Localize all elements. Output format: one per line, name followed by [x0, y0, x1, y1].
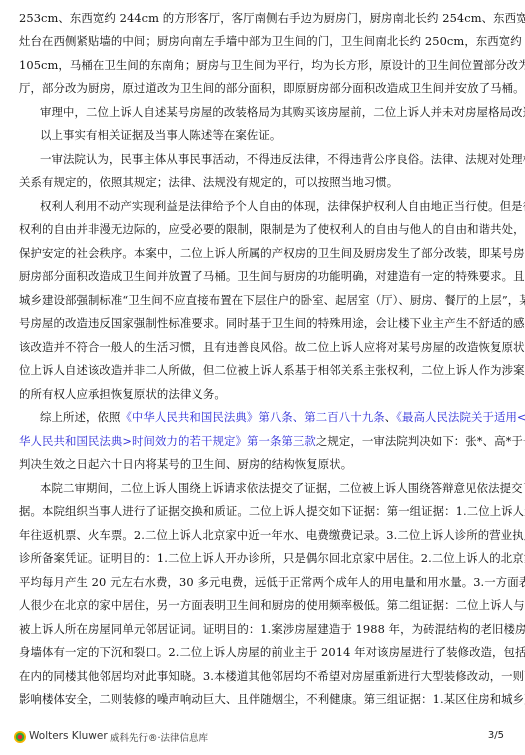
text-line: 诊所备案凭证。证明目的：1.二位上诉人开办诊所，只是偶尔回北京家中居住。2.二位…: [19, 547, 525, 570]
text-line: 号房屋的改造违反国家强制性标准要求。同时基于卫生间的特殊用途，会让楼下业主产生不…: [19, 312, 525, 335]
text-line: 厨房部分面积改造成卫生间并放置了马桶。卫生间与厨房的功能明确，对建造有一定的特殊…: [19, 265, 525, 288]
text-line: 人很少在北京的家中居住，另一方面表明卫生间和厨房的使用频率极低。第二组证据：二位…: [19, 594, 525, 617]
paragraph-start: 权利人利用不动产实现利益是法律给予个人自由的体现，法律保护权利人自由地正当行使。…: [40, 195, 525, 218]
paragraph-start: 本院二审期间，二位上诉人围绕上诉请求依法提交了证据，二位被上诉人围绕答辩意见依法…: [40, 477, 525, 500]
text-line: 灶台在西侧紧贴墙的中间；厨房向南左手墙中部为卫生间的门，卫生间南北长约 250c…: [19, 30, 522, 53]
text-line: 年往返机票、火车票。2.二位上诉人北京家中近一年水、电费缴费记录。3.二位上诉人…: [19, 524, 525, 547]
text-line: 的所有权人应承担恢复原状的法律义务。: [19, 383, 226, 406]
text-line: 影响楼体安全，二则装修的噪声响动巨大、且伴随烟尘，不利健康。第三组证据：1.某区…: [19, 688, 525, 711]
text-line: 该改造并不符合一般人的生活习惯，且有违善良风俗。故二位上诉人应将对某号房屋的改造…: [19, 336, 525, 359]
summary-rest: 之规定，一审法院判决如下：张*、高*于一审: [316, 434, 525, 448]
page-footer: Wolters Kluwer 威科先行®·法律信息库 3/5: [0, 727, 525, 749]
paragraph-start: 一审法院认为，民事主体从事民事活动，不得违反法律，不得违背公序良俗。法律、法规对…: [40, 148, 525, 171]
text-line: 被上诉人所在房屋同单元邻居证词。证明目的：1.案涉房屋建造于 1988 年，为砖…: [19, 618, 525, 641]
text-line: 城乡建设部强制标准“卫生间不应直接布置在下层住户的卧室、起居室（厅）、厨房、餐厅…: [19, 289, 525, 312]
summary-line-2: 华人民共和国民法典>时间效力的若干规定》第一条第三款之规定，一审法院判决如下：张…: [19, 430, 525, 453]
summary-line-1: 综上所述，依照《中华人民共和国民法典》第八条、第二百八十九条、《最高人民法院关于…: [40, 406, 525, 429]
page-number: 3/5: [488, 730, 504, 741]
brand-subtitle: 威科先行®·法律信息库: [110, 730, 208, 744]
text-line: 权利的自由并非漫无边际的，应受必要的限制，限制是为了使权利人的自由与他人的自由和…: [19, 218, 525, 241]
text-line: 厅，部分改为厨房，原过道改为卫生间的部分面积，即原厨房部分面积改造成卫生间并安放…: [19, 77, 525, 100]
separator: 、: [385, 410, 397, 424]
summary-prefix: 综上所述，依照: [40, 410, 120, 424]
text-line: 平均每月产生 20 元左右水费，30 多元电费，远低于正常两个成年人的用电量和用…: [19, 571, 525, 594]
interpretation-link-cont[interactable]: 华人民共和国民法典>时间效力的若干规定》: [19, 434, 247, 448]
text-line: 105cm，马桶在卫生间的东南角；厨房与卫生间为平行，均为长方形，原设计的卫生间…: [19, 54, 525, 77]
text-line: 保护安定的社会秩序。本案中，二位上诉人所属的产权房的卫生间及厨房发生了部分改装，…: [19, 242, 525, 265]
clause-link[interactable]: 第一条第三款: [247, 434, 316, 448]
text-line: 关系有规定的，依照其规定；法律、法规没有规定的，可以按照当地习惯。: [19, 171, 398, 194]
articles-link[interactable]: 第八条、第二百八十九条: [258, 410, 384, 424]
civil-code-link[interactable]: 《中华人民共和国民法典》: [120, 410, 258, 424]
text-line: 据。本院组织当事人进行了证据交换和质证。二位上诉人提交如下证据：第一组证据：1.…: [19, 500, 525, 523]
text-line: 253cm、东西宽约 244cm 的方形客厅，客厅南侧右手边为厨房门，厨房南北长…: [19, 7, 525, 30]
text-line: 判决生效之日起六十日内将某号的卫生间、厨房的结构恢复原状。: [19, 453, 352, 476]
text-line: 在内的同楼其他邻居均对此事知晓。3.本楼道其他邻居均不希望对房屋重新进行大型装修…: [19, 665, 525, 688]
text-line: 身墙体有一定的下沉和裂口。2.二位上诉人房屋的前业主于 2014 年对该房屋进行…: [19, 641, 525, 664]
text-line: 位上诉人自述该改造并非二人所做，但二位被上诉人系基于相邻关系主张权利，二位上诉人…: [19, 359, 525, 382]
brand-name: Wolters Kluwer: [29, 730, 108, 742]
paragraph-start: 以上事实有相关证据及当事人陈述等在案佐证。: [40, 124, 281, 147]
wolters-kluwer-logo-icon: [14, 731, 26, 743]
paragraph-start: 审理中，二位上诉人自述某号房屋的改装格局为其购买该房屋前，二位上诉人并未对房屋格…: [40, 101, 525, 124]
interpretation-link[interactable]: 《最高人民法院关于适用<中: [396, 410, 525, 424]
